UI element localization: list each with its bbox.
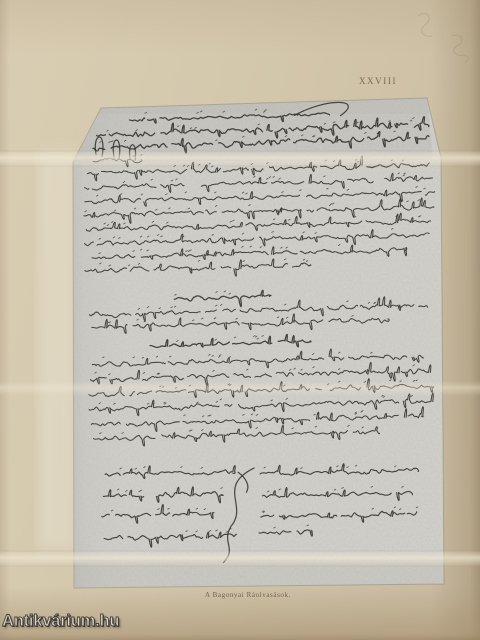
plate-caption: A Bagonyai Ráolvasások. bbox=[128, 591, 368, 600]
page-number: XXVIII bbox=[352, 76, 404, 86]
book-page: XXVIII A Bagonyai Ráolvasások. Antikvári… bbox=[0, 0, 480, 640]
manuscript-plate bbox=[0, 0, 480, 640]
antikvarium-watermark: Antikvárium.hu bbox=[2, 612, 119, 631]
pencil-scribbles bbox=[418, 13, 468, 63]
manuscript-photo-art bbox=[0, 0, 480, 640]
